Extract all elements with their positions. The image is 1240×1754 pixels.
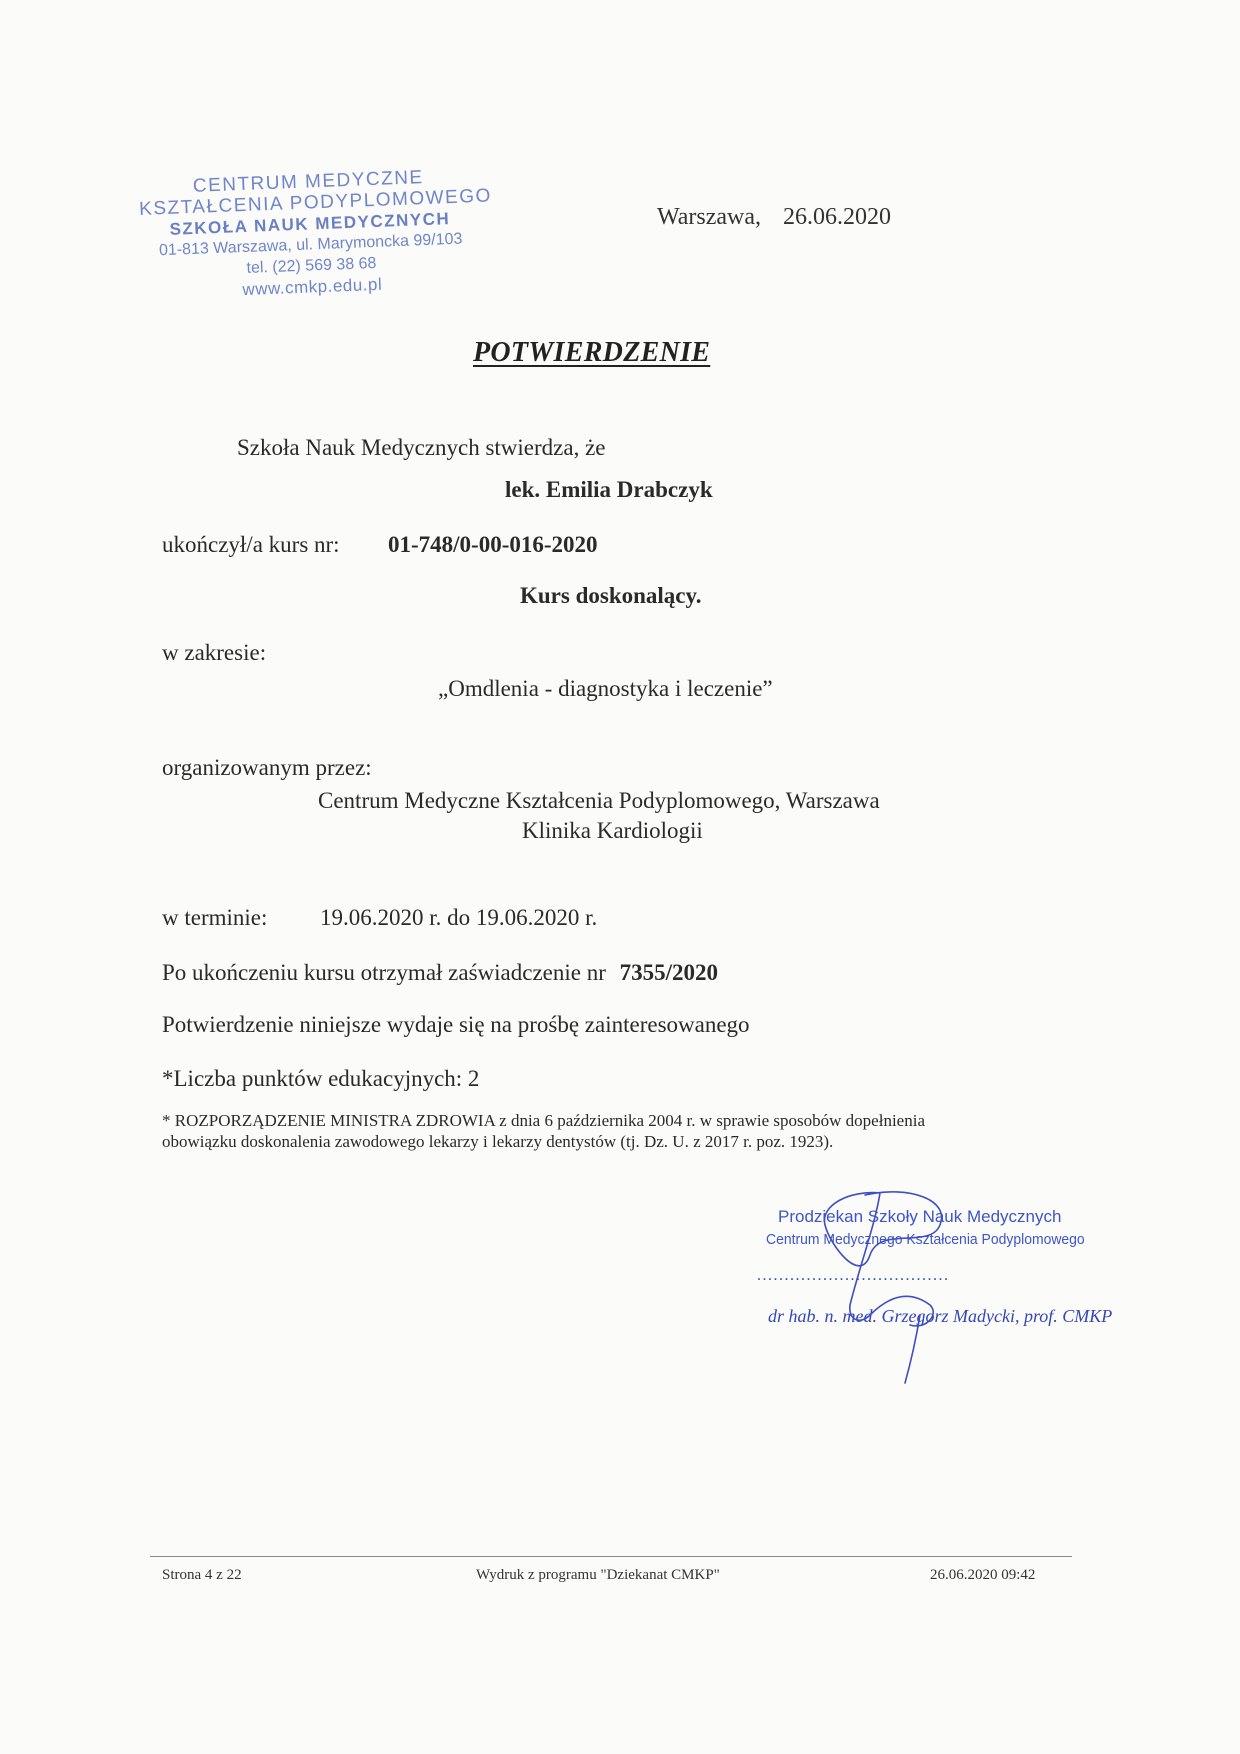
- footer-printed-at: 26.06.2020 09:42: [930, 1567, 1035, 1584]
- intro-text: Szkoła Nauk Medycznych stwierdza, że: [237, 435, 606, 461]
- footer-divider: [150, 1556, 1072, 1557]
- institution-stamp: CENTRUM MEDYCZNE KSZTAŁCENIA PODYPLOMOWE…: [138, 165, 483, 304]
- place-date: Warszawa,26.06.2020: [657, 204, 891, 231]
- course-number: 01-748/0-00-016-2020: [388, 532, 598, 558]
- course-type: Kurs doskonalący.: [520, 583, 702, 609]
- footer-page: Strona 4 z 22: [162, 1567, 242, 1584]
- points-text: *Liczba punktów edukacyjnych: 2: [162, 1066, 479, 1092]
- document-title: POTWIERDZENIE: [473, 337, 710, 369]
- place: Warszawa,: [657, 204, 761, 230]
- issue-date: 26.06.2020: [783, 204, 891, 230]
- term-value: 19.06.2020 r. do 19.06.2020 r.: [320, 905, 597, 931]
- organizer-label: organizowanym przez:: [162, 755, 372, 781]
- certificate-text: Po ukończeniu kursu otrzymał zaświadczen…: [162, 960, 606, 985]
- term-label: w terminie:: [162, 905, 267, 931]
- organizer-line-1: Centrum Medyczne Kształcenia Podyplomowe…: [318, 788, 880, 814]
- handwritten-signature-icon: [810, 1185, 970, 1385]
- footnote-line-2: obowiązku doskonalenia zawodowego lekarz…: [162, 1131, 925, 1152]
- legal-footnote: * ROZPORZĄDZENIE MINISTRA ZDROWIA z dnia…: [162, 1110, 925, 1152]
- course-label: ukończył/a kurs nr:: [162, 532, 340, 558]
- request-text: Potwierdzenie niniejsze wydaje się na pr…: [162, 1012, 750, 1038]
- scope-value: „Omdlenia - diagnostyka i leczenie”: [438, 676, 773, 702]
- certificate-line: Po ukończeniu kursu otrzymał zaświadczen…: [162, 960, 718, 986]
- scope-label: w zakresie:: [162, 640, 266, 666]
- person-name: lek. Emilia Drabczyk: [505, 477, 713, 503]
- organizer-line-2: Klinika Kardiologii: [522, 818, 703, 844]
- footer-program: Wydruk z programu "Dziekanat CMKP": [476, 1567, 720, 1584]
- certificate-number: 7355/2020: [620, 960, 718, 985]
- footnote-line-1: * ROZPORZĄDZENIE MINISTRA ZDROWIA z dnia…: [162, 1110, 925, 1131]
